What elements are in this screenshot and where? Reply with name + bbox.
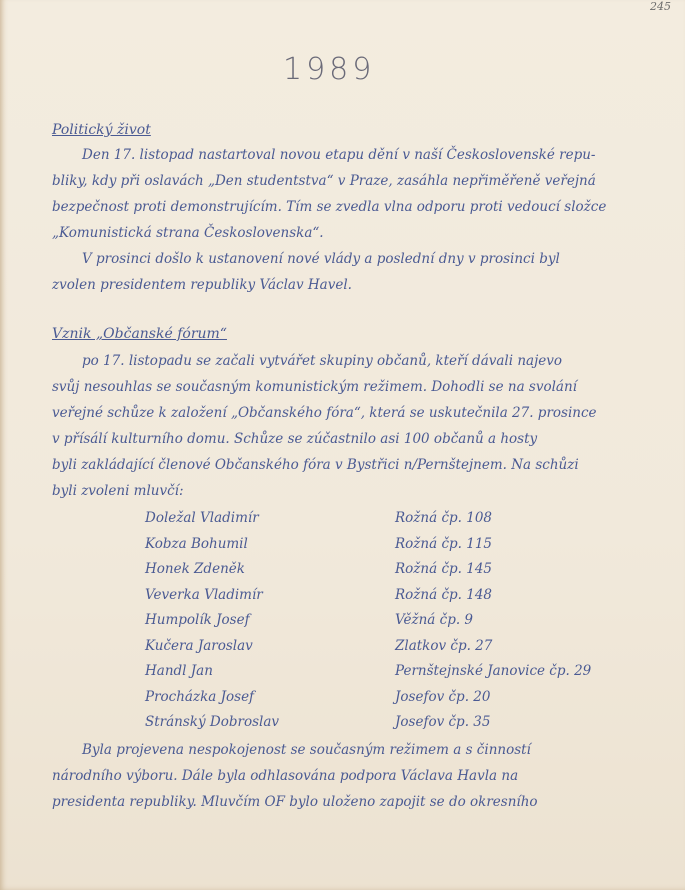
text-line: národního výboru. Dále byla odhlasována … [52, 768, 642, 784]
list-item: Kobza BohumilRožná čp. 115 [145, 536, 615, 562]
page-number: 245 [650, 0, 671, 13]
person-name: Honek Zdeněk [145, 561, 395, 587]
person-address: Rožná čp. 148 [395, 587, 615, 613]
text-line: V prosinci došlo k ustanovení nové vlády… [82, 251, 672, 267]
text-line: Den 17. listopad nastartoval novou etapu… [82, 147, 672, 163]
person-address: Rožná čp. 145 [395, 561, 615, 587]
person-name: Humpolík Josef [145, 612, 395, 638]
text-line: bezpečnost proti demonstrujícím. Tím se … [52, 199, 642, 215]
list-item: Stránský DobroslavJosefov čp. 35 [145, 714, 615, 740]
text-line: bliky, kdy při oslavách „Den studentstva… [52, 173, 642, 189]
person-name: Veverka Vladimír [145, 587, 395, 613]
text-line: svůj nesouhlas se současným komunistický… [52, 379, 642, 395]
text-line: zvolen presidentem republiky Václav Have… [52, 277, 642, 293]
person-name: Doležal Vladimír [145, 510, 395, 536]
text-line: byli zvoleni mluvčí: [52, 483, 642, 499]
list-item: Procházka JosefJosefov čp. 20 [145, 689, 615, 715]
person-address: Josefov čp. 35 [395, 714, 615, 740]
person-name: Kučera Jaroslav [145, 638, 395, 664]
person-address: Zlatkov čp. 27 [395, 638, 615, 664]
section-heading-civic-forum: Vznik „Občanské fórum“ [52, 326, 227, 342]
spokespersons-list: Doležal VladimírRožná čp. 108 Kobza Bohu… [145, 510, 615, 740]
person-name: Kobza Bohumil [145, 536, 395, 562]
person-address: Rožná čp. 108 [395, 510, 615, 536]
list-item: Honek ZdeněkRožná čp. 145 [145, 561, 615, 587]
text-line: veřejné schůze k založení „Občanského fó… [52, 405, 642, 421]
text-line: v přísálí kulturního domu. Schůze se zúč… [52, 431, 642, 447]
person-name: Handl Jan [145, 663, 395, 689]
year-title: 1989 [283, 52, 375, 87]
chronicle-page: 245 1989 Politický život Den 17. listopa… [0, 0, 685, 890]
list-item: Kučera JaroslavZlatkov čp. 27 [145, 638, 615, 664]
list-item: Doležal VladimírRožná čp. 108 [145, 510, 615, 536]
person-address: Josefov čp. 20 [395, 689, 615, 715]
person-address: Rožná čp. 115 [395, 536, 615, 562]
person-name: Stránský Dobroslav [145, 714, 395, 740]
person-address: Věžná čp. 9 [395, 612, 615, 638]
list-item: Veverka VladimírRožná čp. 148 [145, 587, 615, 613]
text-line: presidenta republiky. Mluvčím OF bylo ul… [52, 794, 642, 810]
text-line: byli zakládající členové Občanského fóra… [52, 457, 642, 473]
section-heading-political-life: Politický život [52, 122, 151, 138]
text-line: Byla projevena nespokojenost se současný… [82, 742, 672, 758]
text-line: po 17. listopadu se začali vytvářet skup… [82, 353, 672, 369]
list-item: Handl JanPernštejnské Janovice čp. 29 [145, 663, 615, 689]
person-name: Procházka Josef [145, 689, 395, 715]
person-address: Pernštejnské Janovice čp. 29 [395, 663, 615, 689]
text-line: „Komunistická strana Československa“. [52, 225, 642, 241]
list-item: Humpolík JosefVěžná čp. 9 [145, 612, 615, 638]
